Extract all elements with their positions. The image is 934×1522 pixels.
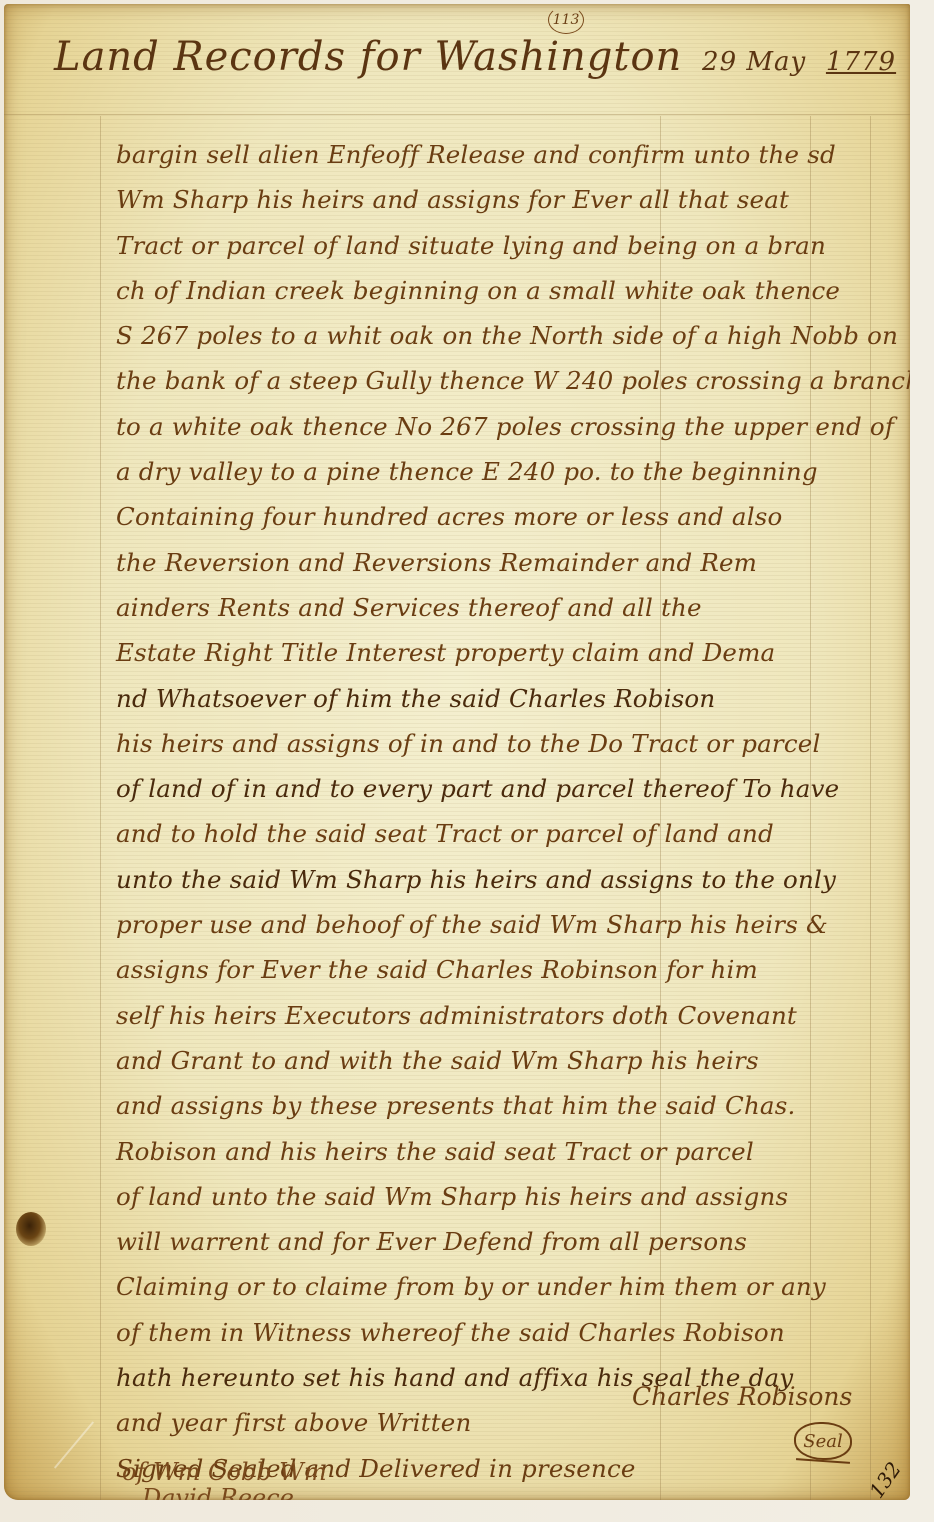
text-line: will warrent and for Ever Defend from al…	[116, 1219, 910, 1264]
text-line: and assigns by these presents that him t…	[116, 1083, 910, 1128]
text-line: proper use and behoof of the said Wm Sha…	[116, 902, 910, 947]
text-line: the bank of a steep Gully thence W 240 p…	[116, 358, 910, 403]
witness-line: of Wm Cobb Wm	[122, 1459, 327, 1485]
witness-signatures: of Wm Cobb Wm David Reece	[122, 1459, 327, 1500]
folio-mark: 113	[548, 6, 584, 34]
text-line: ch of Indian creek beginning on a small …	[116, 268, 910, 313]
text-line: ainders Rents and Services thereof and a…	[116, 585, 910, 630]
manuscript-page: 113 Land Records for Washington 29 May 1…	[4, 4, 910, 1500]
text-line: S 267 poles to a whit oak on the North s…	[116, 313, 910, 358]
text-line: unto the said Wm Sharp his heirs and ass…	[116, 857, 910, 902]
text-line: of land of in and to every part and parc…	[116, 766, 910, 811]
grantor-signature: Charles Robisons	[632, 1382, 852, 1411]
text-line: Claiming or to claime from by or under h…	[116, 1264, 910, 1309]
text-line: of land unto the said Wm Sharp his heirs…	[116, 1174, 910, 1219]
ink-stain	[16, 1212, 46, 1246]
text-line: a dry valley to a pine thence E 240 po. …	[116, 449, 910, 494]
title-date: 29 May	[702, 47, 806, 77]
text-line: Estate Right Title Interest property cla…	[116, 630, 910, 675]
text-line: nd Whatsoever of him the said Charles Ro…	[116, 676, 910, 721]
text-line: his heirs and assigns of in and to the D…	[116, 721, 910, 766]
text-line: of them in Witness whereof the said Char…	[116, 1310, 910, 1355]
header-rule-line	[4, 114, 910, 115]
text-line: Containing four hundred acres more or le…	[116, 494, 910, 539]
text-line: Tract or parcel of land situate lying an…	[116, 223, 910, 268]
text-line: Wm Sharp his heirs and assigns for Ever …	[116, 177, 910, 222]
text-line: and Grant to and with the said Wm Sharp …	[116, 1038, 910, 1083]
text-line: the Reversion and Reversions Remainder a…	[116, 540, 910, 585]
corner-crease	[54, 1421, 94, 1468]
text-line: to a white oak thence No 267 poles cross…	[116, 404, 910, 449]
text-line: bargin sell alien Enfeoff Release and co…	[116, 132, 910, 177]
margin-rule-line	[100, 116, 101, 1500]
witness-line: David Reece	[122, 1485, 327, 1500]
text-line: and to hold the said seat Tract or parce…	[116, 811, 910, 856]
deed-text: bargin sell alien Enfeoff Release and co…	[116, 132, 910, 1491]
page-title: Land Records for Washington 29 May 1779	[54, 34, 894, 80]
title-main: Land Records for Washington	[54, 34, 682, 80]
text-line: assigns for Ever the said Charles Robins…	[116, 947, 910, 992]
text-line: self his heirs Executors administrators …	[116, 993, 910, 1038]
title-year: 1779	[826, 47, 896, 77]
text-line: Robison and his heirs the said seat Trac…	[116, 1129, 910, 1174]
seal-mark: Seal	[794, 1422, 852, 1460]
